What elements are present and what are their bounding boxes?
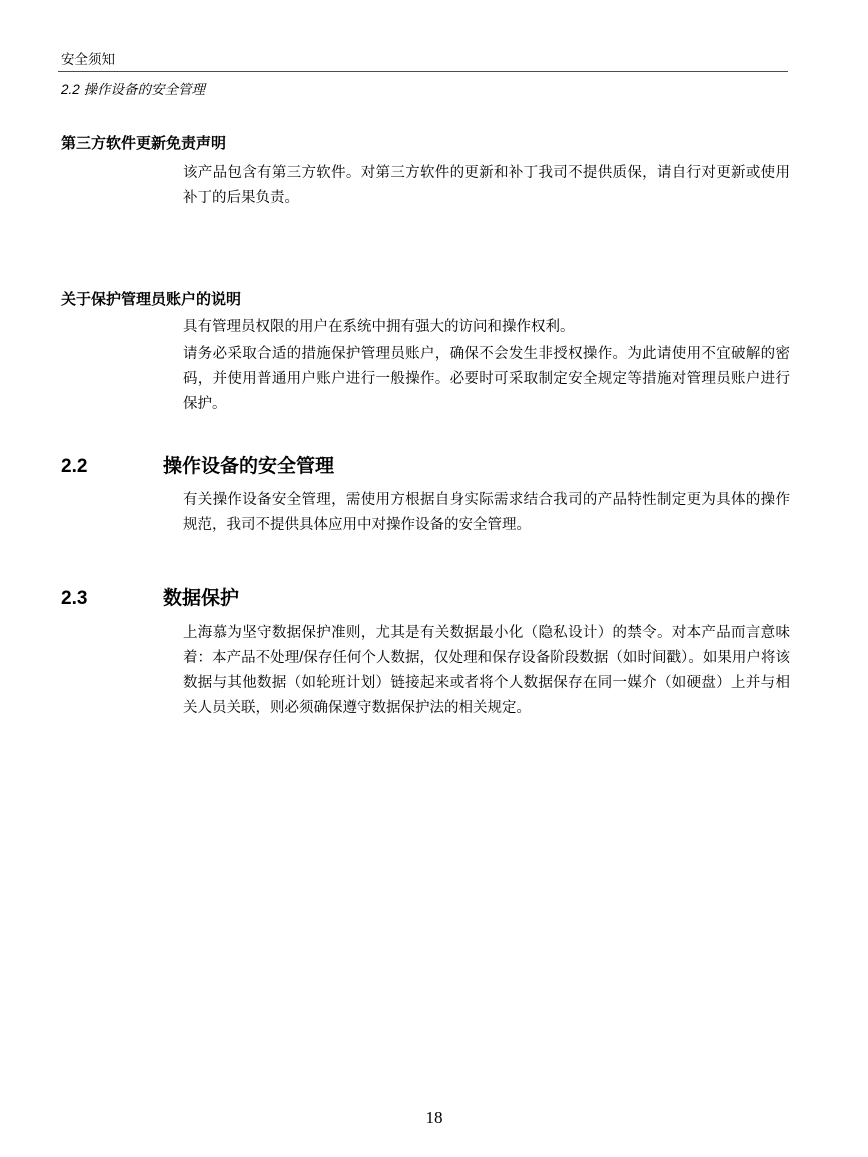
section-admin-account-note: 关于保护管理员账户的说明 具有管理员权限的用户在系统中拥有强大的访问和操作权利。… xyxy=(61,290,790,417)
page-footer: 18 xyxy=(0,1108,868,1128)
page-content: 第三方软件更新免责声明 该产品包含有第三方软件。对第三方软件的更新和补丁我司不提… xyxy=(61,134,790,721)
section-2-2-device-security: 2.2 操作设备的安全管理 有关操作设备安全管理，需使用方根据自身实际需求结合我… xyxy=(61,454,790,538)
subheading-admin-account-note: 关于保护管理员账户的说明 xyxy=(61,290,790,310)
section-number-2-3: 2.3 xyxy=(61,586,163,612)
running-header: 安全须知 2.2 操作设备的安全管理 xyxy=(0,51,868,99)
page-number: 18 xyxy=(426,1108,443,1127)
heading-2-3: 2.3 数据保护 xyxy=(61,586,790,612)
section-third-party-disclaimer: 第三方软件更新免责声明 该产品包含有第三方软件。对第三方软件的更新和补丁我司不提… xyxy=(61,134,790,211)
paragraph-third-party-disclaimer: 该产品包含有第三方软件。对第三方软件的更新和补丁我司不提供质保，请自行对更新或使… xyxy=(61,161,790,211)
heading-2-2: 2.2 操作设备的安全管理 xyxy=(61,454,790,480)
section-title-2-2: 操作设备的安全管理 xyxy=(163,454,334,480)
header-rule: 安全须知 xyxy=(58,51,788,72)
paragraph-admin-rights: 具有管理员权限的用户在系统中拥有强大的访问和操作权利。 xyxy=(61,315,790,340)
running-header-chapter-ref: 2.2 操作设备的安全管理 xyxy=(61,81,788,99)
paragraph-device-security: 有关操作设备安全管理，需使用方根据自身实际需求结合我司的产品特性制定更为具体的操… xyxy=(61,488,790,538)
paragraph-admin-protection: 请务必采取合适的措施保护管理员账户，确保不会发生非授权操作。为此请使用不宜破解的… xyxy=(61,342,790,417)
paragraph-data-protection: 上海慕为坚守数据保护准则，尤其是有关数据最小化（隐私设计）的禁令。对本产品而言意… xyxy=(61,621,790,721)
section-title-2-3: 数据保护 xyxy=(163,586,239,612)
document-page: 安全须知 2.2 操作设备的安全管理 第三方软件更新免责声明 该产品包含有第三方… xyxy=(0,0,868,1157)
subheading-third-party-disclaimer: 第三方软件更新免责声明 xyxy=(61,134,790,154)
running-header-title: 安全须知 xyxy=(58,51,788,71)
section-2-3-data-protection: 2.3 数据保护 上海慕为坚守数据保护准则，尤其是有关数据最小化（隐私设计）的禁… xyxy=(61,586,790,721)
section-number-2-2: 2.2 xyxy=(61,454,163,480)
